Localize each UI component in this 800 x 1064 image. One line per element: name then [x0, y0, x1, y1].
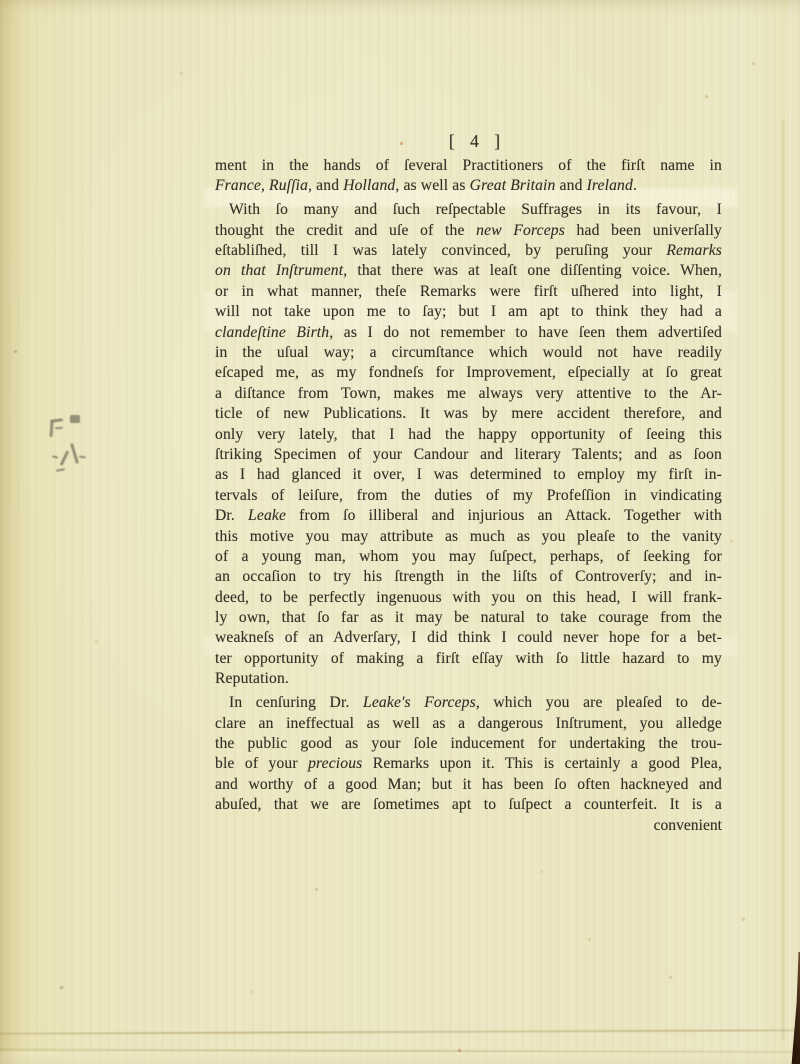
- text-line: ly own, that ſo far as it may be natural…: [215, 608, 722, 628]
- text-line: as I had glanced it over, I was determin…: [215, 465, 722, 485]
- page-number: [ 4 ]: [215, 130, 735, 152]
- text-line: France, Ruſſia, and Holland, as well as …: [215, 176, 722, 196]
- smudge-stroke: [52, 455, 58, 459]
- smudge-stroke: [70, 443, 79, 464]
- text-line: clandeſtine Birth, as I do not remember …: [215, 323, 722, 343]
- text-line: will not take upon me to ſay; but I am a…: [215, 302, 722, 322]
- page-fold-seam: [782, 120, 784, 1040]
- text-line: With ſo many and ſuch reſpectable Suffra…: [215, 200, 722, 220]
- deckle-edge-shadow: [788, 952, 800, 1064]
- book-page-scan: [ 4 ] ment in the hands of ſeveral Pract…: [0, 0, 800, 1064]
- text-line: thought the credit and uſe of the new Fo…: [215, 221, 722, 241]
- smudge-stroke: [70, 415, 80, 423]
- text-line: this motive you may attribute as much as…: [215, 527, 722, 547]
- text-line: Reputation.: [215, 669, 722, 689]
- smudge-stroke: [60, 450, 69, 466]
- text-line: the public good as your ſole inducement …: [215, 734, 722, 754]
- text-line: eſcaped me, as my fondneſs for Improveme…: [215, 363, 722, 383]
- smudge-stroke: [56, 468, 65, 472]
- text-line: of a young man, whom you may ſuſpect, pe…: [215, 547, 722, 567]
- text-line: or in what manner, theſe Remarks were fi…: [215, 282, 722, 302]
- text-line: Dr. Leake from ſo illiberal and injuriou…: [215, 506, 722, 526]
- text-line: abuſed, that we are ſometimes apt to ſuſ…: [215, 795, 722, 815]
- paragraph: In cenſuring Dr. Leake's Forceps, which …: [215, 693, 722, 815]
- text-line: weakneſs of an Adverſary, I did think I …: [215, 628, 722, 648]
- page-edge-highlight: [789, 0, 800, 1064]
- smudge-stroke: [79, 456, 86, 459]
- text-line: ter opportunity of making a firſt eſſay …: [215, 649, 722, 669]
- ink-smudge: [46, 412, 92, 480]
- smudge-stroke: [49, 422, 53, 437]
- text-line: an occaſion to try his ſtrength in the l…: [215, 567, 722, 587]
- paragraph: With ſo many and ſuch reſpectable Suffra…: [215, 200, 722, 689]
- text-line: on that Inſtrument, that there was at le…: [215, 261, 722, 281]
- text-line: deed, to be perfectly ingenuous with you…: [215, 588, 722, 608]
- text-line: ſtriking Specimen of your Candour and li…: [215, 445, 722, 465]
- text-line: In cenſuring Dr. Leake's Forceps, which …: [215, 693, 722, 713]
- text-line: clare an ineffectual as well as a danger…: [215, 714, 722, 734]
- body-text: ment in the hands of ſeveral Practitione…: [215, 156, 722, 816]
- text-line: tervals of leiſure, from the duties of m…: [215, 486, 722, 506]
- text-line: ment in the hands of ſeveral Practitione…: [215, 156, 722, 176]
- text-line: a diſtance from Town, makes me always ve…: [215, 384, 722, 404]
- text-line: ticle of new Publications. It was by mer…: [215, 404, 722, 424]
- crease-line: [0, 1029, 800, 1034]
- bottom-edge-band: [0, 1052, 800, 1064]
- text-line: and worthy of a good Man; but it has bee…: [215, 775, 722, 795]
- text-line: only very lately, that I had the happy o…: [215, 425, 722, 445]
- crease-line: [0, 1049, 800, 1054]
- paragraph: ment in the hands of ſeveral Practitione…: [215, 156, 722, 197]
- text-line: in the uſual way; a circumſtance which w…: [215, 343, 722, 363]
- foxing-specks: [0, 0, 3, 3]
- text-line: ble of your precious Remarks upon it. Th…: [215, 754, 722, 774]
- catchword: convenient: [215, 816, 722, 836]
- text-line: eſtabliſhed, till I was lately convinced…: [215, 241, 722, 261]
- smudge-stroke: [55, 427, 63, 430]
